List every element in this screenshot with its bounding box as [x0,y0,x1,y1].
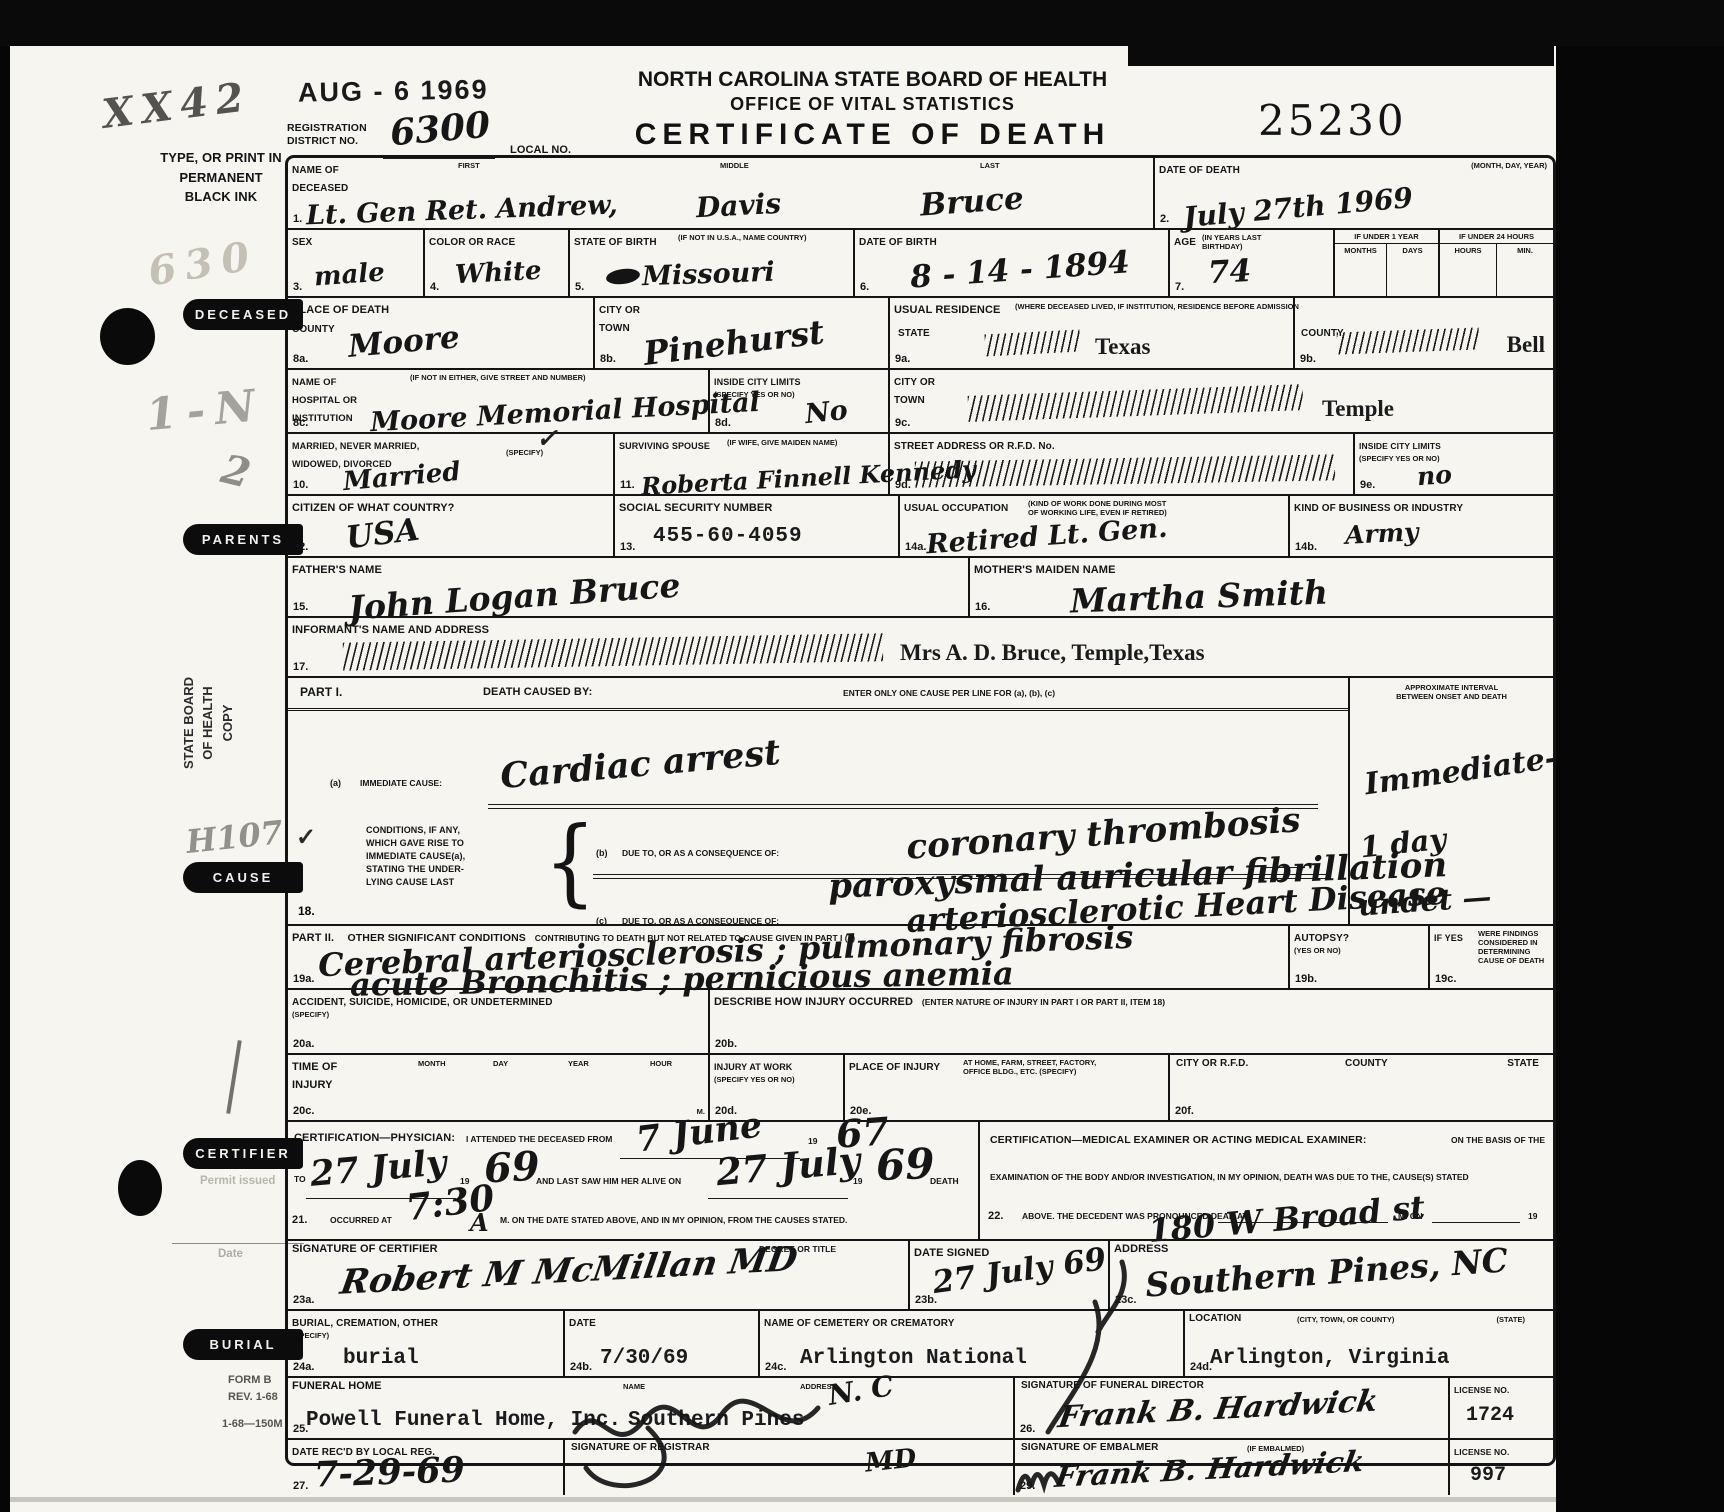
hours-label: HOURS [1440,244,1496,296]
item-number-24d: 24d. [1190,1361,1212,1373]
field-part2-conditions: PART II. OTHER SIGNIFICANT CONDITIONS CO… [288,926,1288,988]
header-title: CERTIFICATE OF DEATH [580,118,1165,152]
form-print-run-label: 1-68—150M [222,1418,283,1430]
field-autopsy: AUTOPSY? (YES OR NO) 19b. [1288,926,1428,988]
item-number-13: 13. [620,541,635,553]
hole-punch-top [100,308,155,365]
attended-from-label: I ATTENDED THE DECEASED FROM [466,1134,612,1145]
field-place-of-injury: PLACE OF INJURY AT HOME, FARM, STREET, F… [843,1055,1168,1120]
interval-header: APPROXIMATE INTERVAL BETWEEN ONSET AND D… [1350,678,1553,701]
registrar-label: SIGNATURE OF REGISTRAR [571,1442,710,1454]
date-received-value: 7-29-69 [313,1449,465,1495]
field-embalmer-signature: SIGNATURE OF EMBALMER (IF EMBALMED) 29. … [1013,1440,1448,1495]
item-number-14b: 14b. [1295,541,1317,553]
header-board-line: NORTH CAROLINA STATE BOARD OF HEALTH [600,68,1145,92]
form-row-marital: MARRIED, NEVER MARRIED, WIDOWED, DIVORCE… [288,432,1553,494]
item-number-8b: 8b. [600,353,616,365]
form-row-part1: PART I. DEATH CAUSED BY: ENTER ONLY ONE … [288,676,1553,924]
occupation-value: Retired Lt. Gen. [925,513,1168,561]
field-describe-injury: DESCRIBE HOW INJURY OCCURRED (ENTER NATU… [708,990,1553,1053]
certificate-form: NAME OF DECEASED FIRST MIDDLE LAST 1. Lt… [285,155,1556,1466]
place-of-injury-sub: AT HOME, FARM, STREET, FACTORY, OFFICE B… [963,1058,1096,1076]
field-informant: INFORMANT'S NAME AND ADDRESS 17. Mrs A. … [288,618,1553,676]
form-row-certification: CERTIFICATION—PHYSICIAN: I ATTENDED THE … [288,1120,1553,1239]
item-number-18: 18. [298,904,315,918]
date-of-birth-value: 8 - 14 - 1894 [909,244,1131,295]
scan-top-right-black-notch [1128,30,1554,66]
scan-bottom-edge [10,1497,1556,1502]
item-number-8c: 8c. [293,417,308,429]
funeral-home-name-value: Powell Funeral Home, Inc. [306,1409,621,1432]
item-number-24c: 24c. [765,1361,786,1373]
item-number-1: 1. [293,213,302,225]
burial-specify-sub: (SPECIFY) [292,1331,559,1340]
tab-deceased: DECEASED [183,299,303,330]
form-row-part2: PART II. OTHER SIGNIFICANT CONDITIONS CO… [288,924,1553,988]
permit-issued-label: Permit issued [200,1175,275,1187]
residence-icl-sub: (SPECIFY YES OR NO) [1359,454,1549,463]
sex-value: male [313,258,386,293]
item-number-7: 7. [1175,281,1184,293]
funeral-home-name-sub: NAME [623,1382,645,1391]
residence-icl-label: INSIDE CITY LIMITS [1359,441,1441,451]
name-first-value: Lt. Gen Ret. Andrew, [306,190,619,232]
director-license-value: 1724 [1466,1404,1514,1427]
item-number-22: 22. [988,1210,1004,1223]
margin-checkmark: ✓ [296,822,316,851]
hospital-sub: (IF NOT IN EITHER, GIVE STREET AND NUMBE… [410,373,586,382]
registration-district-value: 6300 [388,104,491,155]
if-yes-sub: WERE FINDINGS CONSIDERED IN DETERMINING … [1478,929,1553,965]
header-office-line: OFFICE OF VITAL STATISTICS [600,94,1145,115]
occurred-ampm-value: A [470,1208,489,1237]
item-number-10: 10. [293,479,308,491]
cemetery-label: NAME OF CEMETERY OR CREMATORY [764,1318,955,1329]
last-saw-label: AND LAST SAW HIM HER ALIVE ON [536,1176,681,1187]
item-number-19c: 19c. [1435,973,1456,985]
date-of-birth-label: DATE OF BIRTH [859,237,937,248]
item-number-23c: 23c. [1115,1294,1136,1306]
embalmer-label: SIGNATURE OF EMBALMER [1021,1442,1158,1454]
place-of-injury-label: PLACE OF INJURY [849,1062,940,1073]
race-label: COLOR OR RACE [429,237,515,248]
informant-label: INFORMANT'S NAME AND ADDRESS [292,624,489,636]
tab-cause: CAUSE [183,862,303,893]
embalmer-license-label: LICENSE NO. [1454,1447,1509,1457]
tab-burial: BURIAL [183,1329,303,1360]
field-funeral-director-signature: SIGNATURE OF FUNERAL DIRECTOR 26. Frank … [1013,1378,1448,1438]
form-row-parents: FATHER'S NAME 15. John Logan Bruce MOTHE… [288,556,1553,616]
field-state-of-birth: STATE OF BIRTH (IF NOT IN U.S.A., NAME C… [568,230,853,296]
ssn-value: 455-60-4059 [653,525,803,548]
field-certifier-address: ADDRESS 23c. Southern Pines, NC [1108,1241,1553,1309]
field-date-of-birth: DATE OF BIRTH 6. 8 - 14 - 1894 [853,230,1168,296]
age-label: AGE [1174,237,1196,248]
autopsy-label: AUTOPSY? [1294,933,1349,944]
if-yes-label: IF YES [1434,933,1463,943]
hole-punch-bottom [118,1160,162,1216]
field-age: AGE (IN YEARS LAST BIRTHDAY) 7. 74 [1168,230,1333,296]
month-label: MONTH [418,1059,446,1068]
item-number-19b: 19b. [1295,973,1317,985]
item-number-9a: 9a. [895,353,910,365]
me-19-label: 19 [1528,1211,1537,1222]
item-number-26: 26. [1020,1423,1035,1435]
residence-state-value: Texas [1095,334,1150,360]
field-if-under-1-year: IF UNDER 1 YEAR MONTHS DAYS [1333,230,1438,296]
occupation-label: USUAL OCCUPATION [904,503,1008,514]
item-number-9c: 9c. [895,417,910,429]
year-label: YEAR [568,1059,589,1068]
autopsy-sub: (YES OR NO) [1294,946,1424,955]
item-number-19a: 19a. [293,973,314,985]
part1-label: PART I. [300,685,342,699]
first-label: FIRST [458,161,480,170]
form-row-burial: BURIAL, CREMATION, OTHER (SPECIFY) 24a. … [288,1309,1553,1376]
death-label: DEATH [930,1176,959,1187]
field-mother-name: MOTHER'S MAIDEN NAME 16. Martha Smith [968,558,1553,616]
citizen-label: CITIZEN OF WHAT COUNTRY? [292,502,455,514]
certification-me-label: CERTIFICATION—MEDICAL EXAMINER OR ACTING… [990,1134,1366,1147]
item-number-5: 5. [575,281,584,293]
street-address-label: STREET ADDRESS OR R.F.D. No. [894,441,1055,452]
item-number-9e: 9e. [1360,479,1375,491]
line-a-letter: (a) [330,778,341,789]
me-basis-label: ON THE BASIS OF THE [1451,1135,1545,1146]
field-funeral-home: FUNERAL HOME NAME ADDRESS N. C 25. Powel… [288,1378,1013,1438]
under-1-year-label: IF UNDER 1 YEAR [1335,230,1438,244]
margin-note-1n: 1-N [144,380,267,441]
field-sex: SEX 3. male [288,230,423,296]
director-license-label: LICENSE NO. [1454,1385,1509,1395]
mother-label: MOTHER'S MAIDEN NAME [974,564,1116,576]
residence-county-value: Bell [1507,332,1545,358]
item-number-23a: 23a. [293,1294,314,1306]
describe-injury-label: DESCRIBE HOW INJURY OCCURRED [714,996,913,1008]
address-value-line2: Southern Pines, NC [1144,1240,1509,1304]
item-number-27: 27. [293,1480,308,1492]
received-date-stamp: AUG - 6 1969 [298,74,489,108]
item-number-9b: 9b. [1300,353,1316,365]
time-of-injury-label: TIME OF INJURY [292,1061,337,1091]
field-medical-examiner-certification: CERTIFICATION—MEDICAL EXAMINER OR ACTING… [978,1122,1553,1239]
crossed-out-scribble-state [984,330,1080,357]
field-surviving-spouse: SURVIVING SPOUSE (IF WIFE, GIVE MAIDEN N… [613,434,888,494]
hospital-value: Moore Memorial Hospital [369,387,760,438]
informant-value: Mrs A. D. Bruce, Temple,Texas [900,640,1205,666]
city-of-death-label: CITY OR TOWN [599,305,640,334]
item-number-29: 29. [1020,1480,1035,1492]
field-industry: KIND OF BUSINESS OR INDUSTRY 14b. Army [1288,496,1553,556]
cemetery-value: Arlington National [800,1347,1027,1370]
day-label: DAY [493,1059,508,1068]
occurred-rest-label: M. ON THE DATE STATED ABOVE, AND IN MY O… [500,1215,847,1226]
city-rfd-label: CITY OR R.F.D. [1176,1058,1248,1070]
date-of-death-sub: (MONTH, DAY, YEAR) [1471,161,1547,170]
usual-residence-label: USUAL RESIDENCE [894,304,1000,316]
crossed-out-scribble-residence-city [968,384,1304,422]
item-number-24b: 24b. [570,1361,592,1373]
burial-date-value: 7/30/69 [600,1347,688,1370]
name-middle-value: Davis [695,187,782,224]
field-burial-type: BURIAL, CREMATION, OTHER (SPECIFY) 24a. … [288,1311,563,1376]
citizen-value: USA [344,512,421,557]
form-row-citizen: CITIZEN OF WHAT COUNTRY? 12. USA SOCIAL … [288,494,1553,556]
describe-injury-sub: (ENTER NATURE OF INJURY IN PART I OR PAR… [922,997,1165,1007]
field-autopsy-findings: IF YES WERE FINDINGS CONSIDERED IN DETER… [1428,926,1553,988]
form-row-place-of-death: PLACE OF DEATH COUNTY 8a. Moore CITY OR … [288,296,1553,368]
field-county-of-death: PLACE OF DEATH COUNTY 8a. Moore [288,298,593,368]
race-value: White [454,256,542,290]
item-number-6: 6. [860,281,869,293]
crossed-out-scribble-street [915,454,1335,487]
item-number-20a: 20a. [293,1038,314,1050]
county-of-death-value: Moore [347,319,461,365]
last-label: LAST [980,161,1000,170]
min-label: MIN. [1496,244,1553,296]
item-number-8a: 8a. [293,353,308,365]
location-label: LOCATION [1189,1313,1241,1325]
certificate-number: 25230 [1258,96,1407,145]
injury-at-work-sub: (SPECIFY YES OR NO) [714,1075,839,1084]
form-row-certifier-signature: SIGNATURE OF CERTIFIER DEGREE OR TITLE 2… [288,1239,1553,1309]
middle-label: MIDDLE [720,161,749,170]
inside-city-limits-value: No [803,395,849,430]
location-sub: (CITY, TOWN, OR COUNTY) [1297,1315,1394,1324]
spouse-label: SURVIVING SPOUSE [619,441,710,451]
conditions-label: CONDITIONS, IF ANY, WHICH GAVE RISE TO I… [366,824,465,889]
field-date-signed: DATE SIGNED 23b. 27 July 69 [908,1241,1108,1309]
field-physician-certification: CERTIFICATION—PHYSICIAN: I ATTENDED THE … [288,1122,978,1239]
field-marital-status: MARRIED, NEVER MARRIED, WIDOWED, DIVORCE… [288,434,613,494]
injury-state-label: STATE [1507,1058,1539,1070]
form-row-sex-birth: SEX 3. male COLOR OR RACE 4. White STATE… [288,228,1553,296]
registrar-signature-md: MD [864,1443,918,1478]
form-row-injury: TIME OF INJURY MONTH DAY YEAR HOUR 20c. … [288,1053,1553,1120]
form-row-informant: INFORMANT'S NAME AND ADDRESS 17. Mrs A. … [288,616,1553,676]
immediate-cause-label: IMMEDIATE CAUSE: [360,778,442,789]
line-b-letter: (b) [596,848,608,859]
item-number-20f: 20f. [1175,1105,1194,1117]
funeral-director-label: SIGNATURE OF FUNERAL DIRECTOR [1021,1380,1204,1392]
copy-designation-label: STATE BOARD OF HEALTH COPY [133,663,283,783]
days-label: DAYS [1386,244,1438,296]
to-label: TO [294,1174,306,1185]
residence-icl-value: no [1416,460,1453,491]
item-number-17: 17. [293,661,308,673]
industry-label: KIND OF BUSINESS OR INDUSTRY [1294,503,1463,514]
funeral-home-city-value: Southern Pines [628,1409,804,1432]
residence-state-label: STATE [898,328,930,340]
residence-city-label: CITY OR TOWN [894,377,935,406]
age-value: 74 [1207,253,1252,291]
field-hospital: NAME OF HOSPITAL OR INSTITUTION (IF NOT … [288,370,708,432]
item-number-3: 3. [293,281,302,293]
margin-date-label: Date [218,1248,243,1260]
field-color-or-race: COLOR OR RACE 4. White [423,230,568,296]
date-of-death-value: July 27th 1969 [1182,181,1414,234]
field-burial-location: LOCATION (CITY, TOWN, OR COUNTY) (STATE)… [1183,1311,1553,1376]
form-row-hospital: NAME OF HOSPITAL OR INSTITUTION (IF NOT … [288,368,1553,432]
item-number-20b: 20b. [715,1038,737,1050]
sex-label: SEX [292,237,312,248]
ssn-label: SOCIAL SECURITY NUMBER [619,502,772,514]
hour-label: HOUR [650,1059,672,1068]
field-father-name: FATHER'S NAME 15. John Logan Bruce [288,558,968,616]
mother-value: Martha Smith [1069,573,1328,621]
immediate-cause-value: Cardiac arrest [499,732,782,797]
state-of-birth-sub: (IF NOT IN U.S.A., NAME COUNTRY) [678,233,808,242]
field-citizen-country: CITIZEN OF WHAT COUNTRY? 12. USA [288,496,613,556]
field-embalmer-license: LICENSE NO. 997 [1448,1440,1553,1495]
item-number-2: 2. [1160,213,1169,225]
item-number-4: 4. [430,281,439,293]
field-occupation: USUAL OCCUPATION (KIND OF WORK DONE DURI… [898,496,1288,556]
field-part1-causes: PART I. DEATH CAUSED BY: ENTER ONLY ONE … [288,678,1348,924]
crossed-out-scribble-county [1337,328,1480,355]
date-of-death-label: DATE OF DEATH [1159,165,1240,176]
state-of-birth-label: STATE OF BIRTH [574,237,657,248]
months-label: MONTHS [1335,244,1386,296]
saw-19-label: 19 [853,1176,862,1187]
due-to-b-label: DUE TO, OR AS A CONSEQUENCE OF: [622,848,779,859]
burial-type-value: burial [343,1347,419,1370]
form-row-funeral-home: FUNERAL HOME NAME ADDRESS N. C 25. Powel… [288,1376,1553,1438]
form-number-label: FORM B REV. 1-68 [228,1372,278,1405]
field-city-of-death: CITY OR TOWN 8b. Pinehurst [593,298,888,368]
field-time-of-injury: TIME OF INJURY MONTH DAY YEAR HOUR 20c. … [288,1055,708,1120]
form-row-registrar: DATE REC'D BY LOCAL REG. 27. 7-29-69 SIG… [288,1438,1553,1495]
place-of-death-label: PLACE OF DEATH [292,304,389,316]
ink-blot [605,267,641,287]
name-label: NAME OF DECEASED [292,165,348,194]
death-caused-by-label: DEATH CAUSED BY: [483,686,592,699]
field-inside-city-limits-residence: INSIDE CITY LIMITS (SPECIFY YES OR NO) 9… [1353,434,1553,494]
part1-header: PART I. DEATH CAUSED BY: ENTER ONLY ONE … [288,678,1348,711]
injury-county-label: COUNTY [1345,1058,1388,1070]
field-registrar-signature: SIGNATURE OF REGISTRAR MD [563,1440,1013,1495]
field-ssn: SOCIAL SECURITY NUMBER 13. 455-60-4059 [613,496,898,556]
item-number-16: 16. [975,601,990,613]
embalmer-license-value: 997 [1470,1464,1506,1487]
residence-city-value: Temple [1322,396,1394,422]
item-number-20c: 20c. [293,1105,314,1117]
under-24-hours-label: IF UNDER 24 HOURS [1440,230,1553,244]
saw-blank-line [708,1198,848,1199]
field-burial-date: DATE 24b. 7/30/69 [563,1311,758,1376]
crossed-out-scribble-informant [343,633,883,670]
field-certifier-signature: SIGNATURE OF CERTIFIER DEGREE OR TITLE 2… [288,1241,908,1309]
field-injury-location: CITY OR R.F.D. COUNTY STATE 20f. [1168,1055,1553,1120]
burial-date-label: DATE [569,1318,596,1329]
form-row-name: NAME OF DECEASED FIRST MIDDLE LAST 1. Lt… [288,158,1553,228]
document-scan: NORTH CAROLINA STATE BOARD OF HEALTH AUG… [0,0,1724,1512]
interval-a-value: Immediate- [1363,741,1553,803]
scanned-death-certificate: { "hdr": { "clip": "NORTH CAROLINA STATE… [0,0,1724,1512]
me-examination-label: EXAMINATION OF THE BODY AND/OR INVESTIGA… [990,1172,1469,1183]
spouse-sub: (IF WIFE, GIVE MAIDEN NAME) [727,438,837,447]
tab-certifier: CERTIFIER [183,1138,303,1169]
item-number-24a: 24a. [293,1361,314,1373]
item-number-15: 15. [293,601,308,613]
field-director-license: LICENSE NO. 1724 [1448,1378,1553,1438]
item-number-21: 21. [292,1214,308,1227]
father-label: FATHER'S NAME [292,564,382,576]
conditions-brace: { [544,811,596,915]
item-number-14a: 14a. [905,541,926,553]
margin-instruction: TYPE, OR PRINT IN PERMANENT BLACK INK [145,148,297,207]
field-residence-city: CITY OR TOWN 9c. Temple [888,370,1553,432]
signature-of-certifier-label: SIGNATURE OF CERTIFIER [292,1243,438,1256]
field-date-of-death: DATE OF DEATH (MONTH, DAY, YEAR) 2. July… [1153,158,1553,228]
city-of-death-value: Pinehurst [641,312,826,373]
usual-residence-sub: (WHERE DECEASED LIVED, IF INSTITUTION, R… [1015,302,1535,311]
name-last-value: Bruce [919,180,1025,223]
inside-city-limits-label: INSIDE CITY LIMITS [714,377,801,387]
funeral-home-nc-note: N. C [826,1369,896,1412]
age-sub: (IN YEARS LAST BIRTHDAY) [1202,233,1297,251]
saw-year-value: 69 [875,1139,935,1190]
item-number-11: 11. [620,479,635,491]
injury-at-work-label: INJURY AT WORK [714,1062,792,1072]
registration-district-label: REGISTRATION DISTRICT NO. [287,122,367,147]
field-name-of-deceased: NAME OF DECEASED FIRST MIDDLE LAST 1. Lt… [288,158,1153,228]
funeral-home-label: FUNERAL HOME [292,1380,382,1393]
state-of-birth-value: Missouri [641,257,775,293]
location-state-sub: (STATE) [1497,1315,1525,1324]
one-cause-per-line-note: ENTER ONLY ONE CAUSE PER LINE FOR (a), (… [843,688,1055,699]
burial-type-label: BURIAL, CREMATION, OTHER [292,1318,438,1329]
field-date-received: DATE REC'D BY LOCAL REG. 27. 7-29-69 [288,1440,563,1495]
date-signed-label: DATE SIGNED [914,1247,989,1259]
tab-parents: PARENTS [183,524,303,555]
occurred-at-label: OCCURRED AT [330,1215,392,1226]
industry-value: Army [1344,517,1419,550]
part2-label: PART II. [292,932,334,944]
field-cemetery: NAME OF CEMETERY OR CREMATORY 24c. Arlin… [758,1311,1183,1376]
accident-specify-sub: (SPECIFY) [292,1010,704,1019]
field-if-under-24-hours: IF UNDER 24 HOURS HOURS MIN. [1438,230,1553,296]
me-blank-2 [1432,1222,1520,1223]
field-residence-state: USUAL RESIDENCE (WHERE DECEASED LIVED, I… [888,298,1293,368]
burial-location-value: Arlington, Virginia [1210,1347,1449,1370]
